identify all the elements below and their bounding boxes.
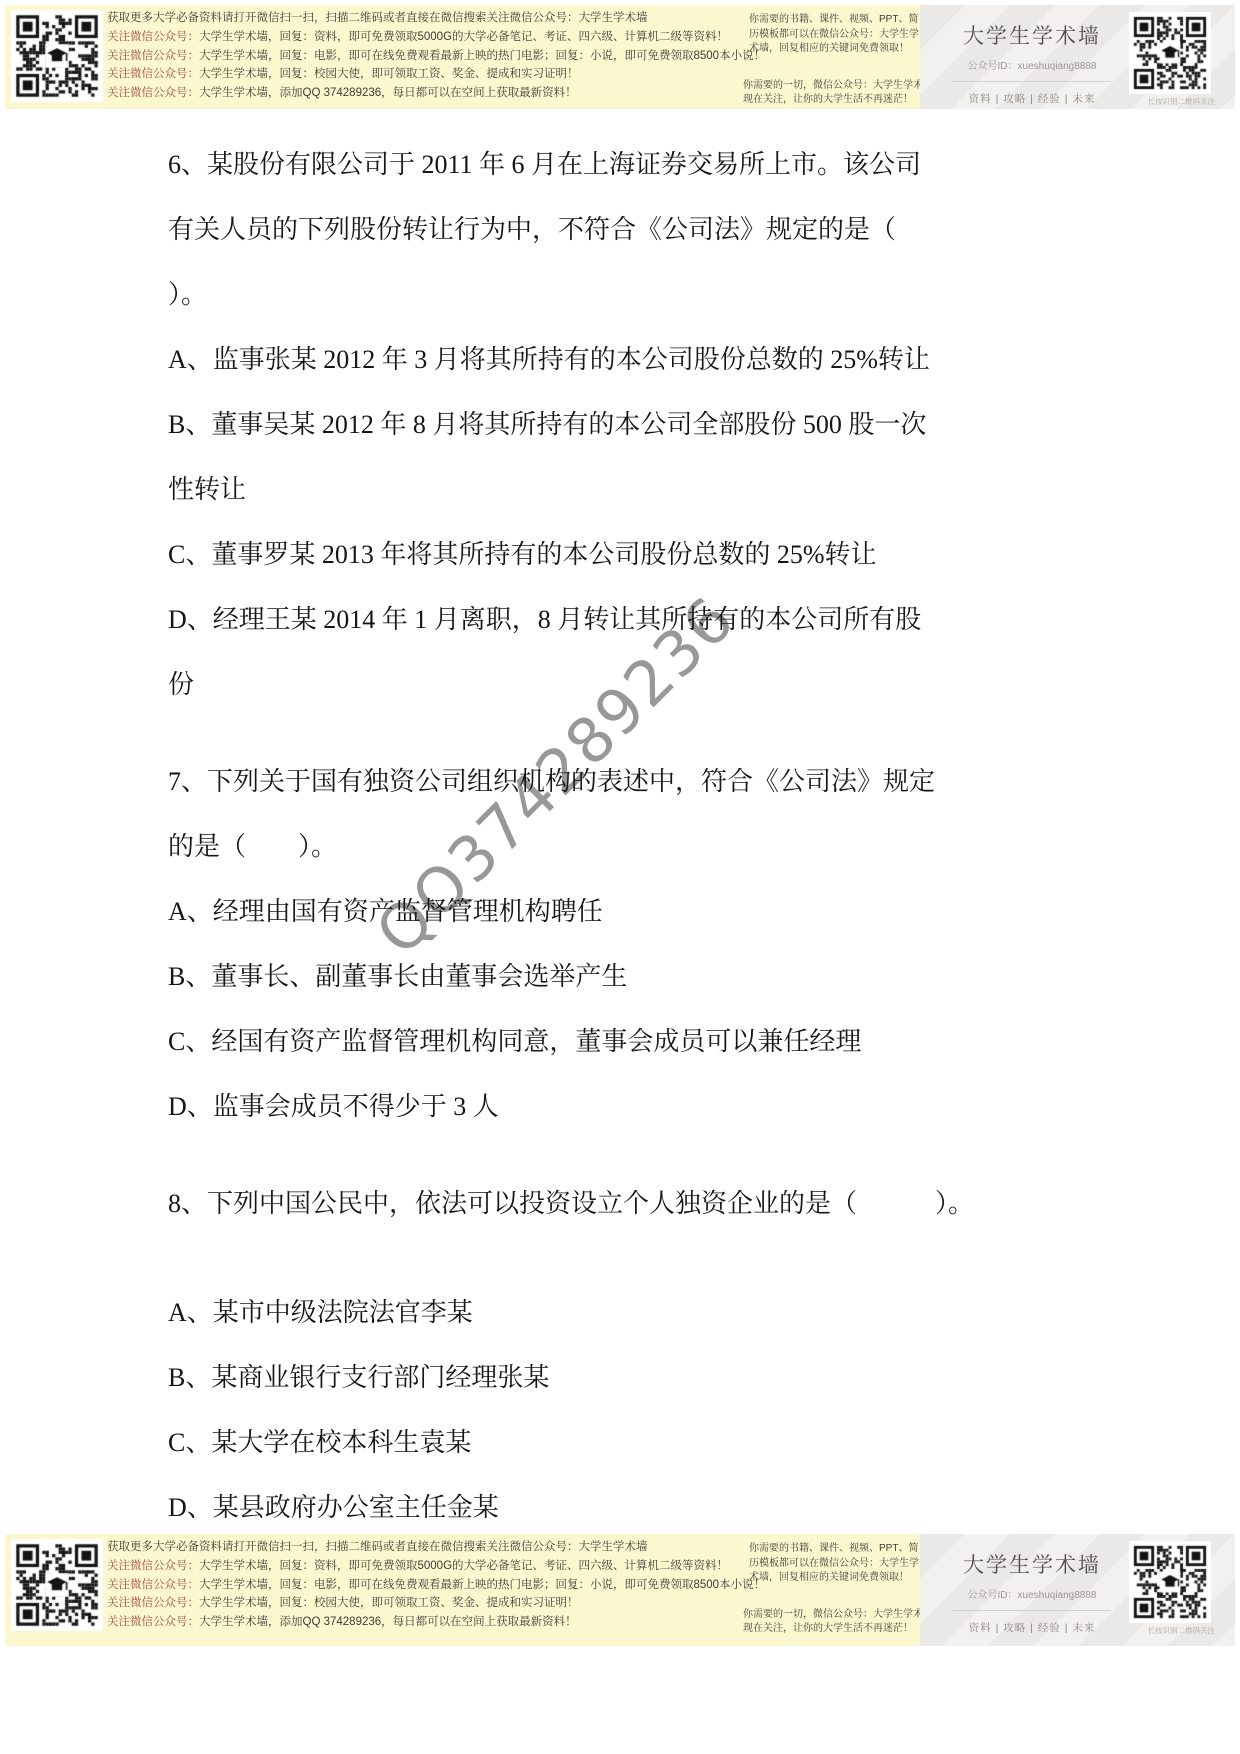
brand-card: 大学生学术墙公众号ID：xueshuqiang8888资料 | 攻略 | 经验 … [920, 5, 1235, 109]
doc-line: B、董事长、副董事长由董事会选举产生 [168, 944, 974, 1009]
banner-mid-note: 你需要的书籍、课件、视频、PPT、简历模板都可以在微信公众号：大学生学术墙，回复… [749, 13, 925, 57]
doc-line: A、监事张某 2012 年 3 月将其所持有的本公司股份总数的 25%转让 [168, 327, 974, 392]
doc-line: 性转让 [168, 457, 974, 522]
divider [953, 81, 1111, 82]
brand-card: 大学生学术墙公众号ID：xueshuqiang8888资料 | 攻略 | 经验 … [920, 1534, 1235, 1646]
banner-line-prefix: 关注微信公众号： [107, 1579, 199, 1591]
brand-title: 大学生学术墙 [932, 1549, 1132, 1579]
banner-line-prefix: 关注微信公众号： [107, 1597, 199, 1609]
banner-line-text: 获取更多大学必备资料请打开微信扫一扫，扫描二维码或者直接在微信搜索关注微信公众号… [107, 1541, 648, 1553]
doc-line: C、某大学在校本科生袁某 [168, 1410, 974, 1475]
banner-text-line: 获取更多大学必备资料请打开微信扫一扫，扫描二维码或者直接在微信搜索关注微信公众号… [107, 1538, 765, 1557]
doc-line: B、某商业银行支行部门经理张某 [168, 1345, 974, 1410]
banner-line-text: 大学生学术墙，添加QQ 374289236，每日都可以在空间上获取最新资料！ [199, 1616, 577, 1628]
banner-text-line: 关注微信公众号：大学生学术墙，回复：校园大使，即可领取工资、奖金、提成和实习证明… [107, 65, 765, 84]
brand-qr-code [1129, 12, 1211, 94]
qr-code-image [1131, 14, 1209, 92]
doc-line: C、经国有资产监督管理机构同意，董事会成员可以兼任经理 [168, 1009, 974, 1074]
doc-line: 6、某股份有限公司于 2011 年 6 月在上海证券交易所上市。该公司 [168, 132, 974, 197]
banner-line-text: 获取更多大学必备资料请打开微信扫一扫，扫描二维码或者直接在微信搜索关注微信公众号… [107, 12, 648, 24]
banner-line-prefix: 关注微信公众号： [107, 87, 199, 99]
banner-line-text: 大学生学术墙，回复：校园大使，即可领取工资、奖金、提成和实习证明！ [199, 68, 579, 80]
banner-text-line: 关注微信公众号：大学生学术墙，回复：电影，即可在线免费观看最新上映的热门电影；回… [107, 47, 765, 66]
banner-text-line: 关注微信公众号：大学生学术墙，回复：校园大使，即可领取工资、奖金、提成和实习证明… [107, 1594, 765, 1613]
doc-line: D、经理王某 2014 年 1 月离职，8 月转让其所持有的本公司所有股 [168, 587, 974, 652]
brand-card-text: 大学生学术墙公众号ID：xueshuqiang8888资料 | 攻略 | 经验 … [932, 5, 1132, 106]
doc-line: 份 [168, 652, 974, 717]
doc-line: C、董事罗某 2013 年将其所持有的本公司股份总数的 25%转让 [168, 522, 974, 587]
brand-account-id: 公众号ID：xueshuqiang8888 [932, 1586, 1132, 1601]
qr-code-image [1131, 1543, 1209, 1621]
banner-line-text: 大学生学术墙，添加QQ 374289236，每日都可以在空间上获取最新资料！ [199, 87, 577, 99]
doc-line: A、经理由国有资产监督管理机构聘任 [168, 879, 974, 944]
qr-code-image [13, 1541, 101, 1629]
doc-line: D、某县政府办公室主任金某 [168, 1475, 974, 1540]
banner-line-text: 大学生学术墙，回复：电影，即可在线免费观看最新上映的热门电影；回复：小说，即可免… [199, 50, 765, 62]
banner-text-line: 关注微信公众号：大学生学术墙，添加QQ 374289236，每日都可以在空间上获… [107, 84, 765, 103]
qr-scan-caption: 长按识别二维码关注 [1148, 1625, 1216, 1636]
banner-text-line: 关注微信公众号：大学生学术墙，回复：资料，即可免费领取5000G的大学必备笔记、… [107, 1557, 765, 1576]
doc-line: D、监事会成员不得少于 3 人 [168, 1074, 974, 1139]
banner-text-line: 获取更多大学必备资料请打开微信扫一扫，扫描二维码或者直接在微信搜索关注微信公众号… [107, 9, 765, 28]
brand-tagline: 资料 | 攻略 | 经验 | 未来 [932, 91, 1132, 106]
doc-line: 的是（ ）。 [168, 814, 974, 879]
doc-line: 8、下列中国公民中，依法可以投资设立个人独资企业的是（ ）。 [168, 1171, 974, 1236]
brand-tagline: 资料 | 攻略 | 经验 | 未来 [932, 1620, 1132, 1635]
doc-line: ）。 [168, 262, 974, 327]
qr-scan-caption: 长按识别二维码关注 [1148, 96, 1216, 107]
banner-line-prefix: 关注微信公众号： [107, 68, 199, 80]
banner-text-block: 获取更多大学必备资料请打开微信扫一扫，扫描二维码或者直接在微信搜索关注微信公众号… [107, 1538, 765, 1632]
brand-qr-code [1129, 1541, 1211, 1623]
banner-line-text: 大学生学术墙，回复：资料，即可免费领取5000G的大学必备笔记、考证、四六级、计… [199, 31, 728, 43]
exam-questions: 6、某股份有限公司于 2011 年 6 月在上海证券交易所上市。该公司有关人员的… [168, 132, 974, 1540]
qr-code-image [13, 12, 101, 100]
banner-line-prefix: 关注微信公众号： [107, 1616, 199, 1628]
banner-line-prefix: 关注微信公众号： [107, 50, 199, 62]
wechat-qr-code [11, 10, 103, 102]
banner-line-text: 大学生学术墙，回复：电影，即可在线免费观看最新上映的热门电影；回复：小说，即可免… [199, 1579, 765, 1591]
promo-banner-footer: 获取更多大学必备资料请打开微信扫一扫，扫描二维码或者直接在微信搜索关注微信公众号… [5, 1534, 1235, 1646]
banner-line-prefix: 关注微信公众号： [107, 1560, 199, 1572]
doc-line: 7、下列关于国有独资公司组织机构的表述中，符合《公司法》规定 [168, 749, 974, 814]
doc-line: B、董事吴某 2012 年 8 月将其所持有的本公司全部股份 500 股一次 [168, 392, 974, 457]
wechat-qr-code [11, 1539, 103, 1631]
divider [953, 1610, 1111, 1611]
banner-text-block: 获取更多大学必备资料请打开微信扫一扫，扫描二维码或者直接在微信搜索关注微信公众号… [107, 9, 765, 103]
promo-banner-header: 获取更多大学必备资料请打开微信扫一扫，扫描二维码或者直接在微信搜索关注微信公众号… [5, 5, 1235, 109]
brand-account-id: 公众号ID：xueshuqiang8888 [932, 57, 1132, 72]
brand-title: 大学生学术墙 [932, 20, 1132, 50]
banner-line-text: 大学生学术墙，回复：校园大使，即可领取工资、奖金、提成和实习证明！ [199, 1597, 579, 1609]
banner-text-line: 关注微信公众号：大学生学术墙，回复：电影，即可在线免费观看最新上映的热门电影；回… [107, 1576, 765, 1595]
brand-card-text: 大学生学术墙公众号ID：xueshuqiang8888资料 | 攻略 | 经验 … [932, 1534, 1132, 1635]
doc-line: 有关人员的下列股份转让行为中，不符合《公司法》规定的是（ [168, 197, 974, 262]
banner-text-line: 关注微信公众号：大学生学术墙，添加QQ 374289236，每日都可以在空间上获… [107, 1613, 765, 1632]
banner-mid-note: 你需要的书籍、课件、视频、PPT、简历模板都可以在微信公众号：大学生学术墙，回复… [749, 1542, 925, 1586]
doc-line: A、某市中级法院法官李某 [168, 1280, 974, 1345]
banner-text-line: 关注微信公众号：大学生学术墙，回复：资料，即可免费领取5000G的大学必备笔记、… [107, 28, 765, 47]
banner-line-prefix: 关注微信公众号： [107, 31, 199, 43]
document-page: 获取更多大学必备资料请打开微信扫一扫，扫描二维码或者直接在微信搜索关注微信公众号… [0, 0, 1240, 1754]
banner-line-text: 大学生学术墙，回复：资料，即可免费领取5000G的大学必备笔记、考证、四六级、计… [199, 1560, 728, 1572]
